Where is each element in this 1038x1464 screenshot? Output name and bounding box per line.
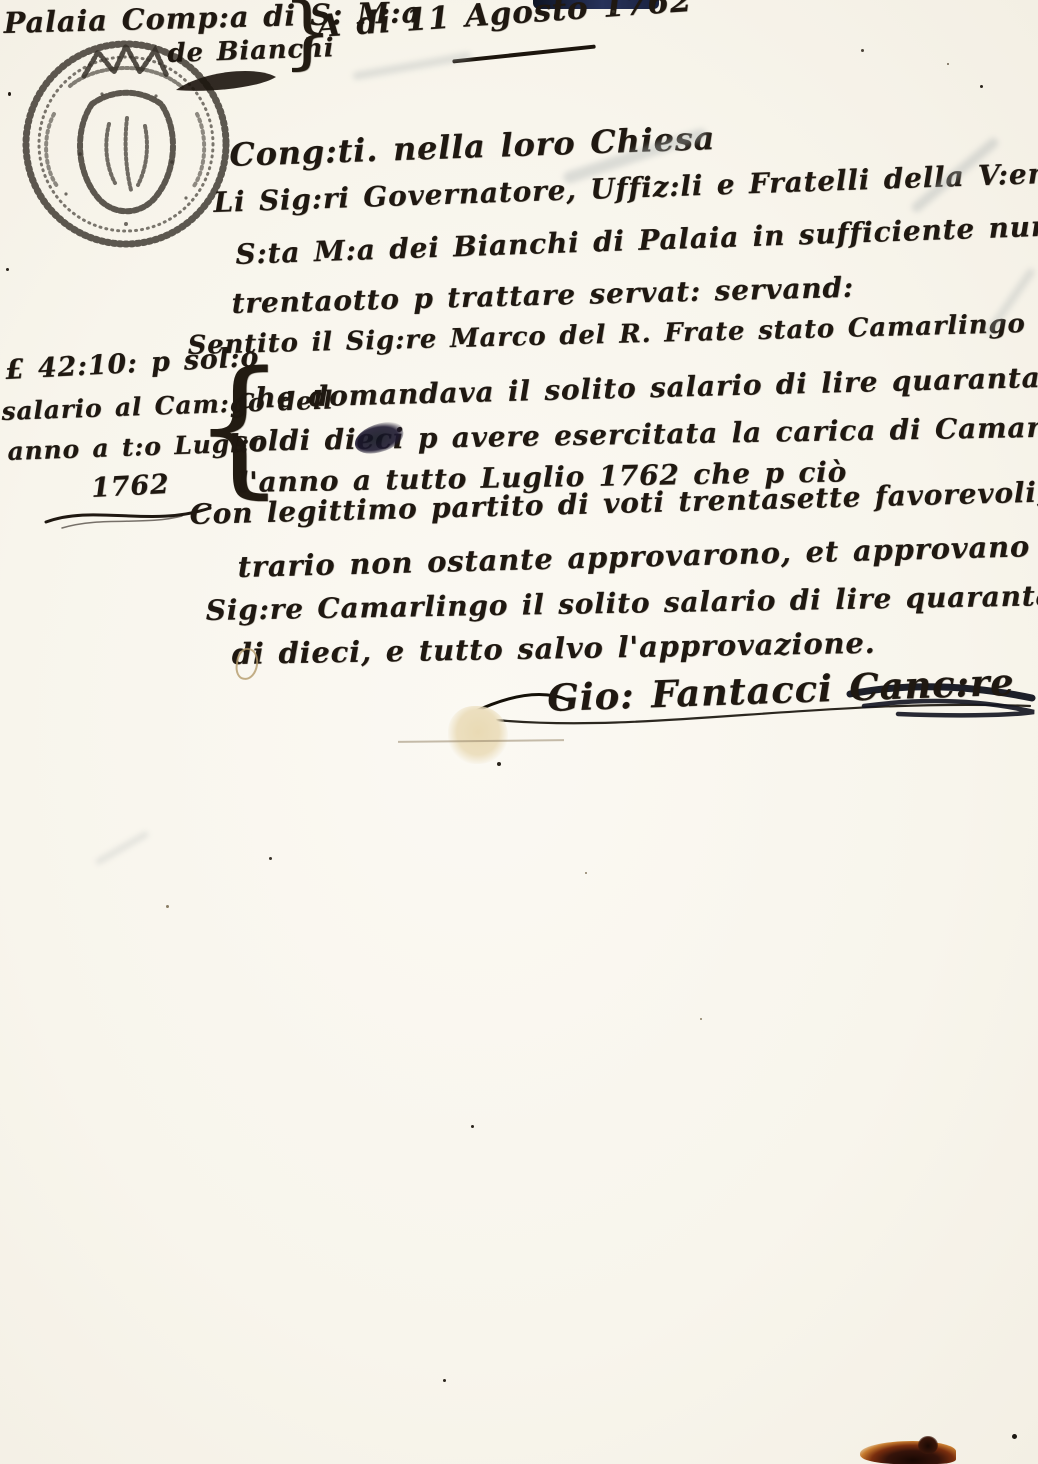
ink-speck xyxy=(443,1379,446,1382)
manuscript-page: Palaia Comp:a di S: M:a de Bianchi } A d… xyxy=(0,0,1038,1464)
ink-speck xyxy=(947,63,949,65)
ink-speck xyxy=(980,85,983,88)
pencil-smudge xyxy=(352,52,472,81)
ink-speck xyxy=(585,872,587,874)
pencil-smudge xyxy=(95,830,150,865)
ink-speck xyxy=(861,49,864,52)
burn-mark-dark-spot xyxy=(918,1436,938,1454)
ink-speck xyxy=(497,762,501,766)
assembly-line: trentaotto p trattare servat: servand: xyxy=(231,273,854,320)
date-line: A di 11 Agosto 1762 xyxy=(316,0,694,44)
ink-speck xyxy=(166,905,169,908)
petition-line: che domandava il solito salario di lire … xyxy=(237,360,1038,415)
margin-note-line: 1762 xyxy=(90,470,170,504)
ink-speck xyxy=(612,10,615,13)
assembly-line: S:ta M:a dei Bianchi di Palaia in suffic… xyxy=(235,208,1038,271)
ink-speck xyxy=(471,1125,474,1128)
ink-seal-stamp xyxy=(14,34,236,252)
burn-mark xyxy=(860,1441,956,1464)
coat-of-arms-icon xyxy=(14,34,236,252)
ink-speck xyxy=(700,1018,702,1020)
resolution-line: trario non ostante approvarono, et appro… xyxy=(237,528,1038,584)
ink-speck xyxy=(8,92,11,96)
resolution-line: Sig:re Camarlingo il solito salario di l… xyxy=(205,578,1038,626)
paper-stain xyxy=(448,706,508,764)
ink-speck xyxy=(269,857,272,860)
ink-speck xyxy=(1012,1434,1017,1439)
ink-speck xyxy=(6,268,9,271)
date-underline xyxy=(452,44,596,63)
petition-line: soldi dieci p avere esercitata la carica… xyxy=(231,411,1038,458)
ink-speck xyxy=(418,156,420,158)
